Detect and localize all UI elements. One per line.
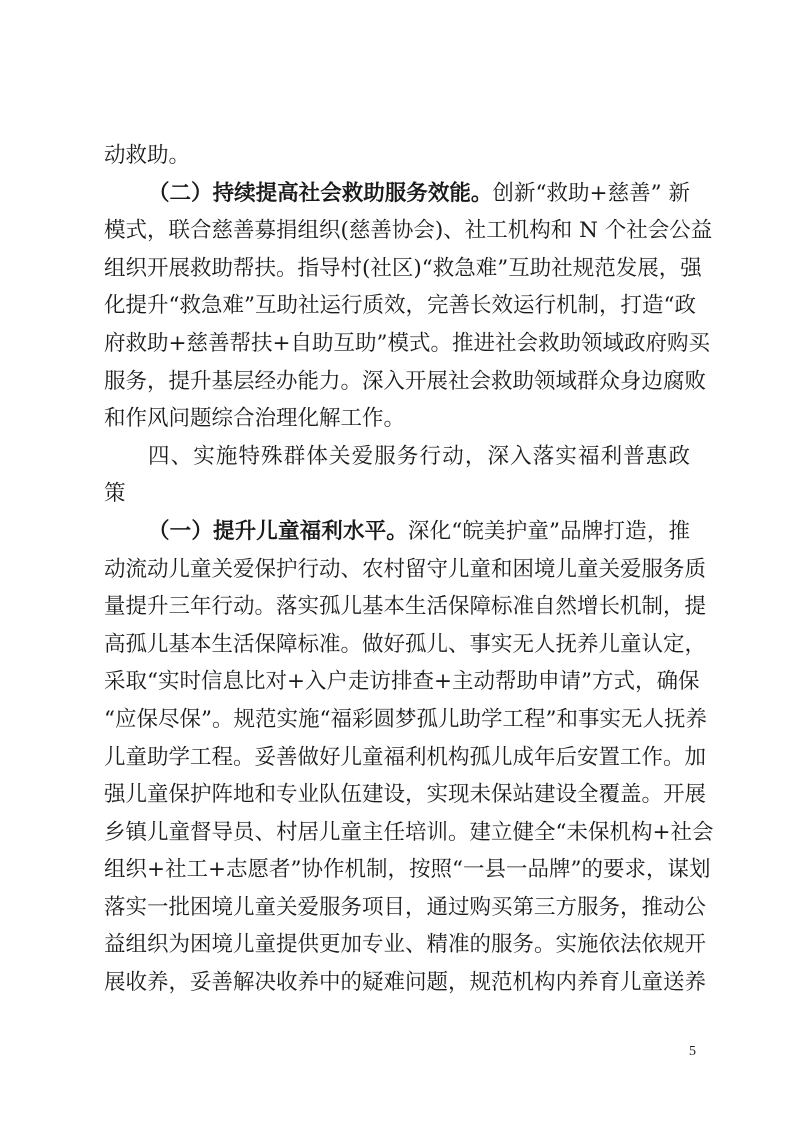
- paragraph-line: 高孤儿基本生活保障标准。做好孤儿、事实无人抚养儿童认定，: [104, 626, 690, 664]
- paragraph-line: 展收养，妥善解决收养中的疑难问题，规范机构内养育儿童送养: [104, 964, 690, 1002]
- paragraph-line: 模式，联合慈善募捐组织(慈善协会)、社工机构和 N 个社会公益: [104, 212, 690, 250]
- paragraph-line: 动流动儿童关爱保护行动、农村留守儿童和困境儿童关爱服务质: [104, 551, 690, 589]
- section-subheading-line: （二）持续提高社会救助服务效能。创新“救助+慈善” 新: [104, 175, 690, 213]
- paragraph-text: 深化“皖美护童”品牌打造，推: [408, 519, 690, 544]
- paragraph-line: 服务，提升基层经办能力。深入开展社会救助领域群众身边腐败: [104, 363, 690, 401]
- paragraph-line: 强儿童保护阵地和专业队伍建设，实现未保站建设全覆盖。开展: [104, 776, 690, 814]
- paragraph-line: 乡镇儿童督导员、村居儿童主任培训。建立健全“未保机构+社会: [104, 814, 690, 852]
- paragraph-line: 益组织为困境儿童提供更加专业、精准的服务。实施依法依规开: [104, 926, 690, 964]
- paragraph-line: “应保尽保”。规范实施“福彩圆梦孤儿助学工程”和事实无人抚养: [104, 701, 690, 739]
- paragraph-line: 采取“实时信息比对+入户走访排查+主动帮助申请”方式，确保: [104, 663, 690, 701]
- section-subheading-line: （一）提升儿童福利水平。深化“皖美护童”品牌打造，推: [104, 513, 690, 551]
- paragraph-line: 府救助+慈善帮扶+自助互助”模式。推进社会救助领域政府购买: [104, 325, 690, 363]
- paragraph-line: 组织+社工+志愿者”协作机制，按照“一县一品牌”的要求，谋划: [104, 851, 690, 889]
- subheading-bold-text: （一）提升儿童福利水平。: [148, 519, 408, 544]
- section-heading-line: 四、实施特殊群体关爱服务行动，深入落实福利普惠政: [104, 438, 690, 476]
- document-body: 动救助。 （二）持续提高社会救助服务效能。创新“救助+慈善” 新 模式，联合慈善…: [104, 137, 690, 1002]
- paragraph-line: 和作风问题综合治理化解工作。: [104, 400, 690, 438]
- paragraph-line: 动救助。: [104, 137, 690, 175]
- paragraph-line: 组织开展救助帮扶。指导村(社区)“救急难”互助社规范发展，强: [104, 250, 690, 288]
- paragraph-line: 化提升“救急难”互助社运行质效，完善长效运行机制，打造“政: [104, 287, 690, 325]
- paragraph-text: 创新“救助+慈善” 新: [492, 181, 690, 206]
- paragraph-line: 儿童助学工程。妥善做好儿童福利机构孤儿成年后安置工作。加: [104, 739, 690, 777]
- paragraph-line: 量提升三年行动。落实孤儿基本生活保障标准自然增长机制，提: [104, 588, 690, 626]
- section-heading-line: 策: [104, 475, 690, 513]
- page-number: 5: [689, 1044, 696, 1060]
- subheading-bold-text: （二）持续提高社会救助服务效能。: [148, 181, 492, 206]
- paragraph-line: 落实一批困境儿童关爱服务项目，通过购买第三方服务，推动公: [104, 889, 690, 927]
